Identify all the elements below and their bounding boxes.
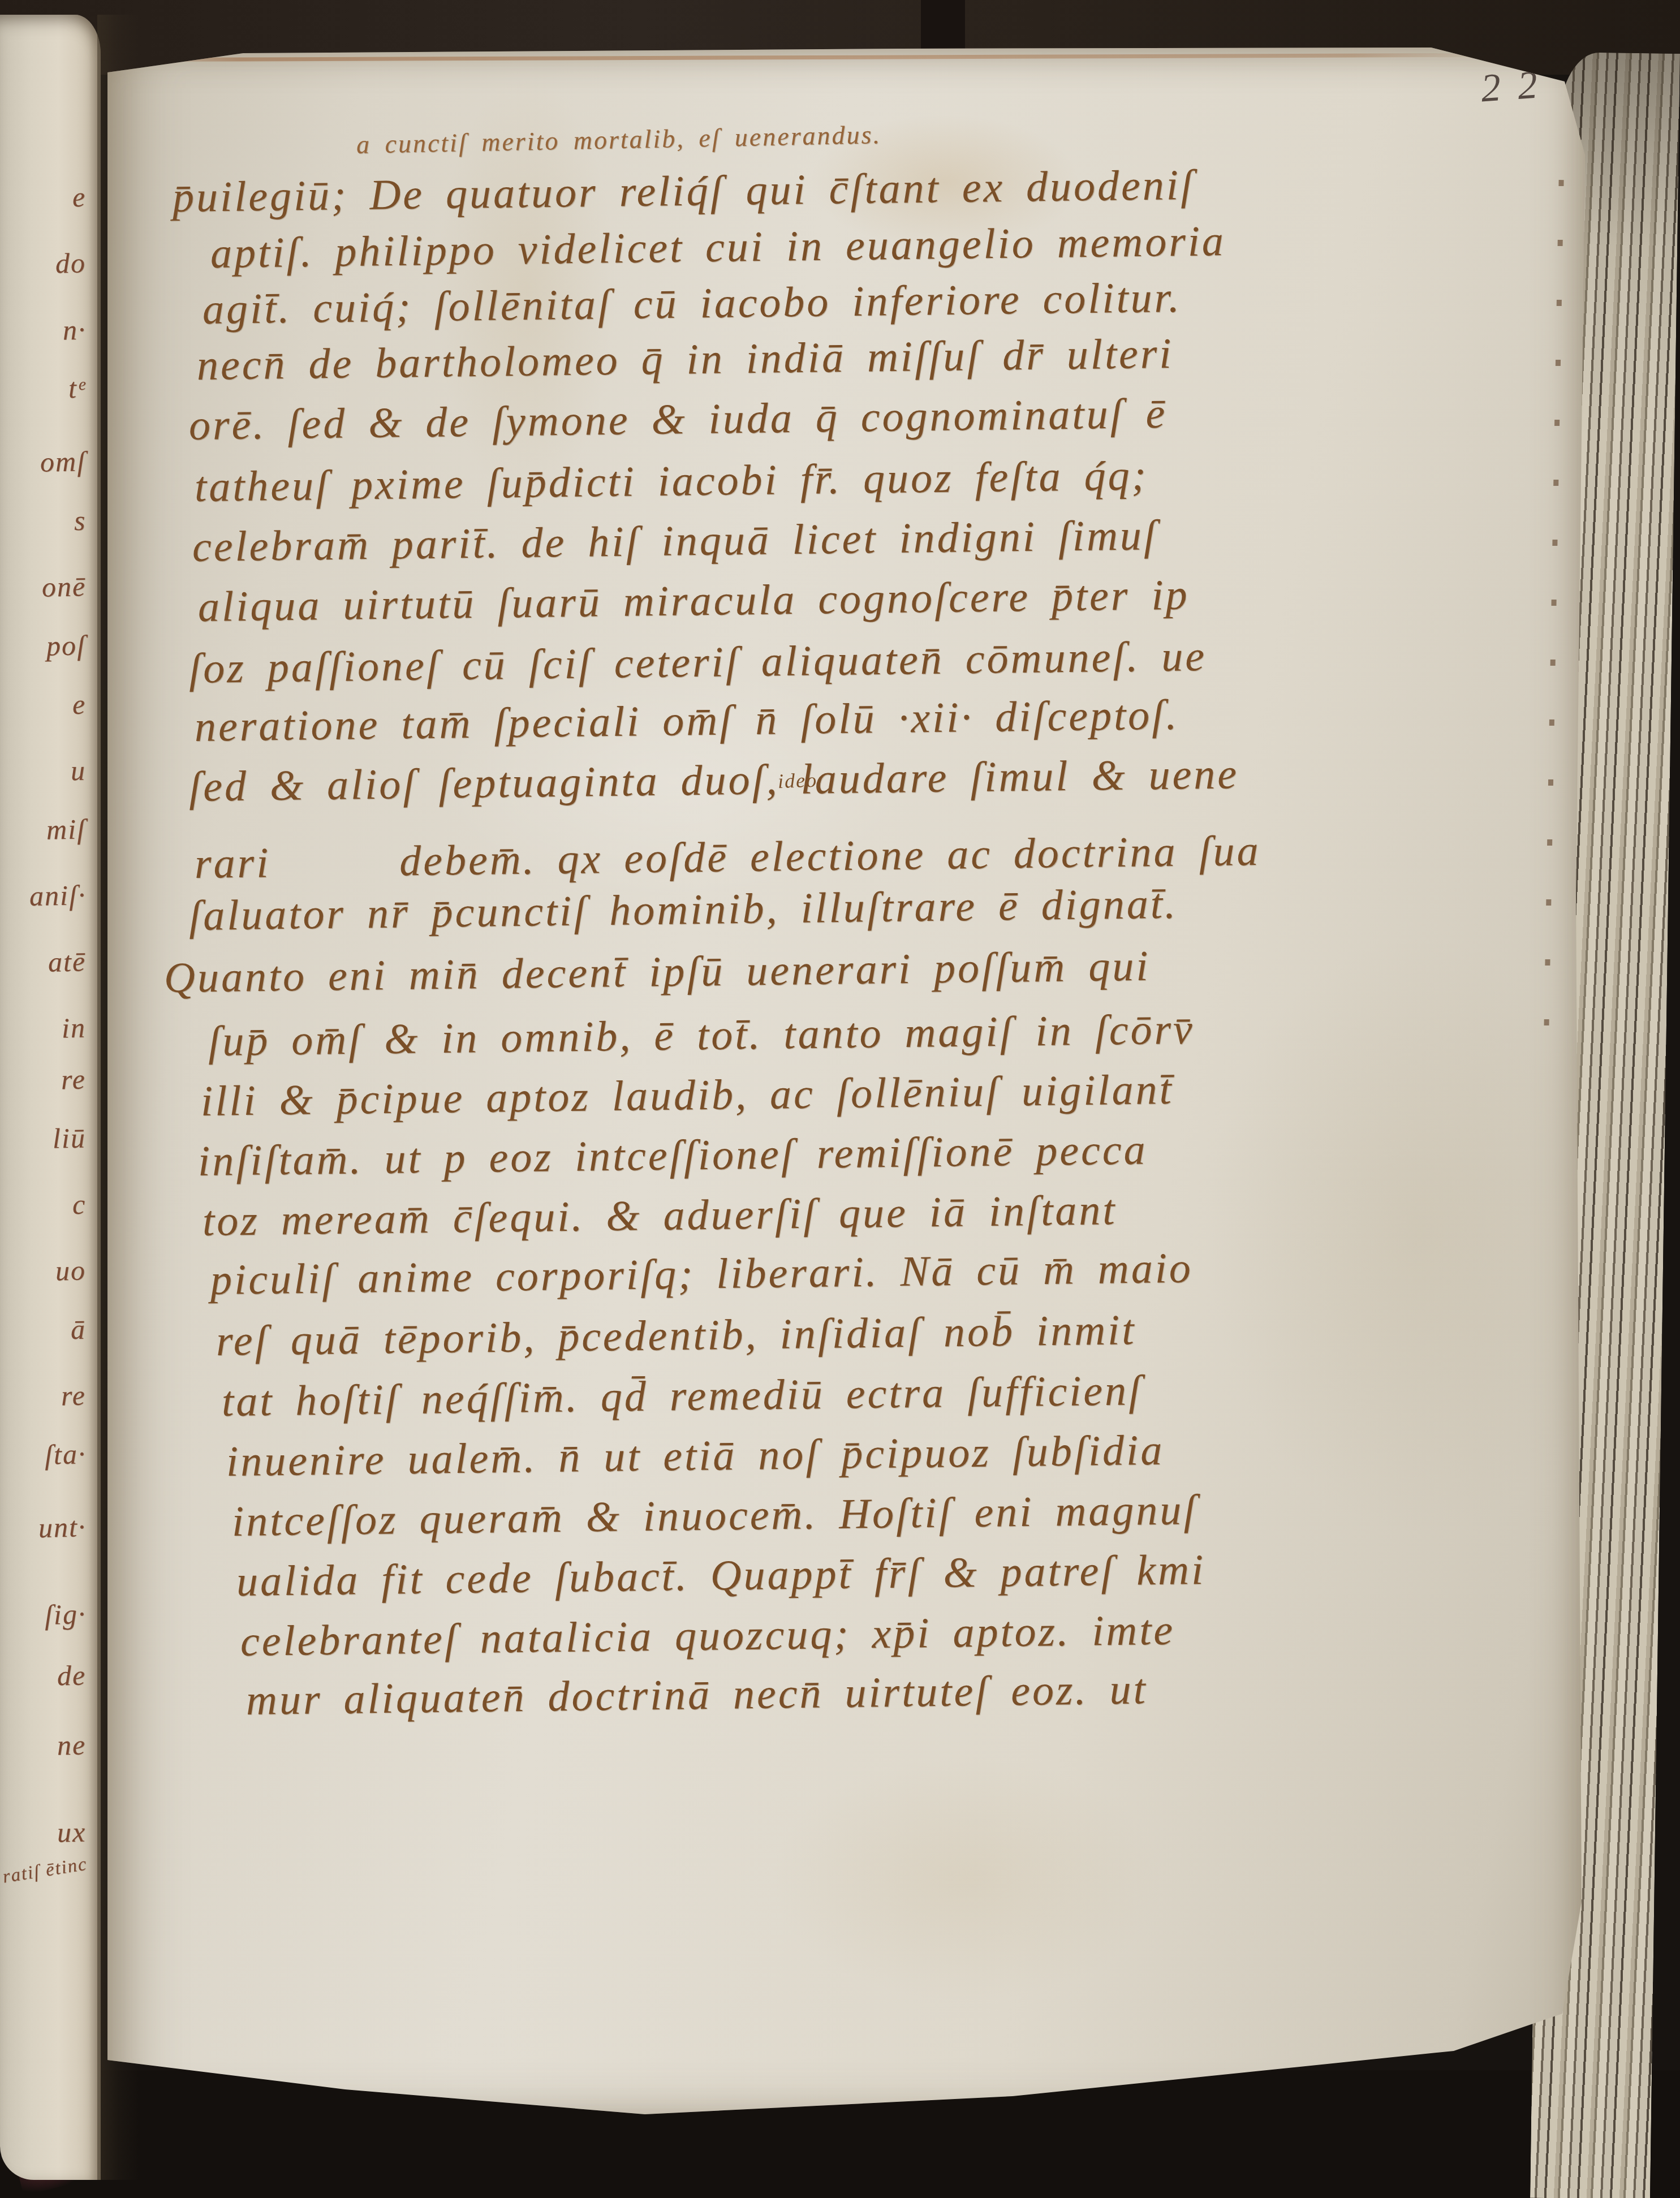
margin-fragment: unt· [38, 1512, 86, 1542]
margin-fragment: ſta· [44, 1440, 86, 1469]
top-edge-stain [130, 53, 1488, 62]
margin-note-diagonal: ratiſ ētinc [1, 1855, 89, 1886]
text-line: necn̄ de bartholomeo q̄ in indiā miſſuſ … [197, 331, 1174, 389]
margin-fragment: in [62, 1014, 87, 1042]
margin-fragment: tᵉ [68, 374, 86, 403]
text-line: illi & p̄cipue aptoz laudib, ac ſollēniu… [201, 1067, 1174, 1124]
margin-fragment: omſ [40, 447, 86, 476]
margin-fragment: ſig· [44, 1600, 86, 1629]
margin-fragment: e [72, 690, 86, 718]
margin-fragment: e [72, 183, 86, 211]
text-line: piculiſ anime corporiſq; liberari. Nā cū… [210, 1246, 1194, 1303]
text-line: aliqua uirtutū ſuarū miracula cognoſcere… [198, 573, 1190, 630]
text-line: celebranteſ natalicia quozcuq; xp̄i apto… [240, 1608, 1175, 1665]
facing-page-edge: e do n· tᵉ omſ s onē poſ e u miſ aniſ· a… [0, 15, 101, 2180]
text-line: celebram̄ parit̄. de hiſ inquā licet ind… [192, 513, 1158, 570]
margin-fragment: re [61, 1381, 87, 1410]
text-line: tatheuſ pxime ſup̄dicti iacobi fr̄. quoz… [195, 453, 1149, 510]
margin-fragment: c [72, 1190, 86, 1218]
manuscript-page: 22 a cunctiſ merito mortalib, eſ ueneran… [107, 46, 1585, 2129]
margin-fragment: ux [57, 1817, 86, 1846]
text-line: ualida fit cede ſubact̄. Quappt̄ fr̄ſ & … [236, 1548, 1206, 1605]
margin-fragment: onē [41, 572, 86, 601]
margin-fragment: uo [55, 1256, 86, 1285]
margin-fragment: aniſ· [29, 881, 86, 910]
margin-fragment: s [74, 506, 87, 535]
text-line: ſaluator nr̄ p̄cunctiſ hominib, illuſtra… [189, 882, 1178, 939]
text-line: inſiſtam̄. ut p eoz intceſſioneſ remiſſi… [198, 1127, 1148, 1184]
margin-fragment: do [55, 248, 86, 277]
margin-fragment: miſ [46, 814, 87, 843]
text-line: intceſſoz queram̄ & inuocem̄. Hoſtiſ eni… [232, 1488, 1198, 1545]
text-line: agit̄. cuiq́; ſollēnitaſ cū iacobo infer… [203, 275, 1182, 333]
margin-fragment: de [57, 1661, 86, 1690]
margin-fragment: u [70, 756, 86, 785]
pricking-dots [1543, 180, 1563, 1062]
text-line: rari debem̄. qx eoſdē electione ac doctr… [195, 829, 1261, 887]
text-line: ſed & alioſ ſeptuaginta duoſ, laudare ſi… [189, 752, 1239, 809]
text-line: tat hoſtiſ neq́ſſim̄. qd̄ remediū ectra … [222, 1368, 1143, 1425]
margin-fragment: n· [62, 316, 87, 344]
manuscript-photo: e do n· tᵉ omſ s onē poſ e u miſ aniſ· a… [0, 0, 1680, 2198]
header-line: a cunctiſ merito mortalib, eſ uenerandus… [356, 121, 882, 158]
text-line: neratione tam̄ ſpeciali om̄ſ n̄ ſolū ·xi… [195, 693, 1179, 750]
text-line: orē. ſed & de ſymone & iuda q̄ cognomina… [189, 391, 1168, 449]
text-line: Quanto eni min̄ decent̄ ipſū uenerari po… [164, 944, 1151, 1001]
text-line: p̄uilegiū; De quatuor reliq́ſ qui c̄ſtan… [173, 163, 1195, 221]
margin-fragment: atē [48, 947, 86, 976]
text-line: aptiſ. philippo videlicet cui in euangel… [210, 219, 1226, 277]
margin-fragment: liū [53, 1123, 87, 1152]
text-line: inuenire ualem̄. n̄ ut etiā noſ p̄cipuoz… [226, 1428, 1165, 1485]
text-line: ſup̄ om̄ſ & in omnib, ē tot̄. tanto magi… [208, 1007, 1195, 1064]
text-line: ſoz paſſioneſ cū ſciſ ceteriſ aliquaten̄… [189, 634, 1207, 692]
margin-fragment: re [61, 1065, 87, 1094]
margin-fragment: ā [70, 1315, 86, 1344]
margin-fragment: poſ [46, 631, 87, 660]
text-line: toz meream̄ c̄ſequi. & aduerſiſ que iā i… [203, 1188, 1117, 1244]
margin-fragment: ne [57, 1730, 86, 1759]
text-line: mur aliquaten̄ doctrinā necn̄ uirtuteſ e… [246, 1667, 1148, 1723]
text-line: reſ quā tēporib, p̄cedentib, inſidiaſ no… [216, 1308, 1136, 1364]
